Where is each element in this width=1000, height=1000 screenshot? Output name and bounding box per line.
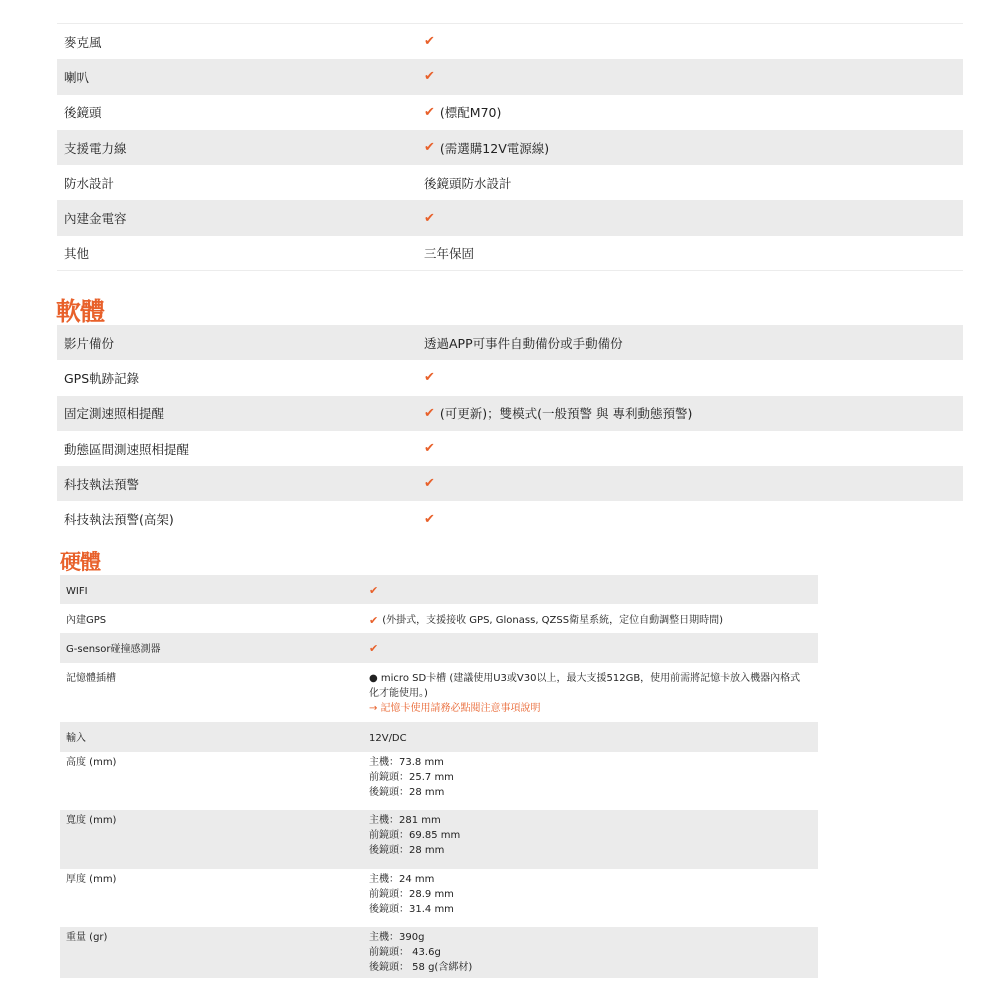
memory-card-notice-link[interactable]: → 記憶卡使用請務必點閱注意事項說明: [369, 701, 808, 716]
dimension-front-camera: 前鏡頭：69.85 mm: [369, 828, 808, 843]
dimension-rear-camera: 後鏡頭：28 mm: [369, 843, 808, 858]
spec-value: 三年保固: [424, 244, 963, 262]
spec-note: (可更新)；雙模式(一般預警 與 專利動態預警): [440, 404, 692, 422]
check-icon: ✔: [424, 371, 435, 384]
spec-label: 影片備份: [57, 334, 424, 352]
spec-label: 內建GPS: [60, 613, 369, 628]
spec-row-g-sensor: G-sensor碰撞感測器 ✔: [60, 633, 818, 663]
spec-row-microphone: 麥克風 ✔: [57, 24, 963, 59]
spec-label: 後鏡頭: [57, 103, 424, 121]
spec-row-input: 輸入 12V/DC: [60, 722, 818, 752]
spec-row-memory-slot: 記憶體插槽 ● micro SD卡槽 (建議使用U3或V30以上，最大支援512…: [60, 663, 818, 722]
check-icon: ✔: [424, 442, 435, 455]
check-icon: ✔: [369, 584, 378, 597]
spec-label: 支援電力線: [57, 139, 424, 157]
spec-row-power-cable: 支援電力線 ✔ (需選購12V電源線): [57, 130, 963, 165]
spec-row-gps-track: GPS軌跡記錄 ✔: [57, 360, 963, 395]
spec-note: (需選購12V電源線): [440, 139, 549, 157]
spec-value: ✔: [424, 371, 963, 384]
spec-label: 動態區間測速照相提醒: [57, 440, 424, 458]
spec-row-tech-enforcement-elevated: 科技執法預警(高架) ✔: [57, 501, 963, 536]
spec-label: 麥克風: [57, 33, 424, 51]
check-icon: ✔: [424, 141, 435, 154]
spec-row-thickness: 厚度 (mm) 主機：24 mm 前鏡頭：28.9 mm 後鏡頭：31.4 mm: [60, 869, 818, 927]
check-icon: ✔: [424, 70, 435, 83]
dimension-front-camera: 前鏡頭：25.7 mm: [369, 770, 808, 785]
check-icon: ✔: [369, 615, 378, 626]
spec-value: ✔ (外掛式，支援接收 GPS, Glonass, QZSS衛星系統，定位自動調…: [369, 613, 818, 628]
spec-label: 高度 (mm): [60, 755, 369, 770]
spec-row-other: 其他 三年保固: [57, 236, 963, 271]
dimension-main: 主機：24 mm: [369, 872, 808, 887]
spec-label: G-sensor碰撞感測器: [60, 642, 369, 657]
spec-value: ✔ (標配M70): [424, 103, 963, 121]
check-icon: ✔: [424, 35, 435, 48]
dimension-rear-camera: 後鏡頭：28 mm: [369, 785, 808, 800]
spec-label: 固定測速照相提醒: [57, 404, 424, 422]
spec-value: 後鏡頭防水設計: [424, 174, 963, 192]
spec-label: 內建金電容: [57, 209, 424, 227]
spec-value: 主機：73.8 mm 前鏡頭：25.7 mm 後鏡頭：28 mm: [369, 755, 818, 800]
check-icon: ✔: [424, 477, 435, 490]
spec-value: ✔: [424, 70, 963, 83]
section-title-software: 軟體: [56, 292, 104, 328]
spec-row-tech-enforcement: 科技執法預警 ✔: [57, 466, 963, 501]
section-title-hardware: 硬體: [60, 546, 100, 576]
spec-label: 其他: [57, 244, 424, 262]
spec-row-video-backup: 影片備份 透過APP可事件自動備份或手動備份: [57, 325, 963, 360]
weight-main: 主機：390g: [369, 930, 808, 945]
spec-label: GPS軌跡記錄: [57, 369, 424, 387]
spec-value: 主機：24 mm 前鏡頭：28.9 mm 後鏡頭：31.4 mm: [369, 872, 818, 917]
dimension-front-camera: 前鏡頭：28.9 mm: [369, 887, 808, 902]
weight-rear-camera: 後鏡頭： 58 g(含綁材): [369, 960, 808, 975]
check-icon: ✔: [369, 642, 378, 655]
spec-label: WIFI: [60, 584, 369, 599]
dimension-main: 主機：73.8 mm: [369, 755, 808, 770]
spec-row-wifi: WIFI ✔: [60, 575, 818, 604]
spec-value: ✔: [424, 35, 963, 48]
spec-value: 主機：281 mm 前鏡頭：69.85 mm 後鏡頭：28 mm: [369, 813, 818, 858]
dimension-main: 主機：281 mm: [369, 813, 808, 828]
spec-row-weight: 重量 (gr) 主機：390g 前鏡頭： 43.6g 後鏡頭： 58 g(含綁材…: [60, 927, 818, 978]
spec-note: (外掛式，支援接收 GPS, Glonass, QZSS衛星系統，定位自動調整日…: [382, 613, 723, 628]
general-spec-table: 麥克風 ✔ 喇叭 ✔ 後鏡頭 ✔ (標配M70) 支援電力線 ✔ (需選購12V…: [57, 23, 963, 271]
spec-value: ✔: [369, 584, 818, 599]
spec-value: ● micro SD卡槽 (建議使用U3或V30以上，最大支援512GB，使用前…: [369, 671, 818, 716]
spec-row-section-speed-camera: 動態區間測速照相提醒 ✔: [57, 431, 963, 466]
spec-label: 喇叭: [57, 68, 424, 86]
spec-row-supercapacitor: 內建金電容 ✔: [57, 200, 963, 235]
spec-value: ✔: [424, 442, 963, 455]
spec-value: 主機：390g 前鏡頭： 43.6g 後鏡頭： 58 g(含綁材): [369, 930, 818, 975]
spec-row-speaker: 喇叭 ✔: [57, 59, 963, 94]
spec-value: ✔: [369, 642, 818, 657]
check-icon: ✔: [424, 106, 435, 119]
spec-value: ✔: [424, 513, 963, 526]
spec-value: ✔ (可更新)；雙模式(一般預警 與 專利動態預警): [424, 404, 963, 422]
spec-label: 科技執法預警: [57, 475, 424, 493]
spec-value: ✔ (需選購12V電源線): [424, 139, 963, 157]
spec-value: 透過APP可事件自動備份或手動備份: [424, 334, 963, 352]
spec-label: 寬度 (mm): [60, 813, 369, 828]
spec-row-height: 高度 (mm) 主機：73.8 mm 前鏡頭：25.7 mm 後鏡頭：28 mm: [60, 752, 818, 810]
check-icon: ✔: [424, 513, 435, 526]
spec-label: 厚度 (mm): [60, 872, 369, 887]
software-spec-table: 影片備份 透過APP可事件自動備份或手動備份 GPS軌跡記錄 ✔ 固定測速照相提…: [57, 325, 963, 537]
spec-label: 重量 (gr): [60, 930, 369, 945]
spec-value: ✔: [424, 477, 963, 490]
dimension-rear-camera: 後鏡頭：31.4 mm: [369, 902, 808, 917]
spec-row-rear-camera: 後鏡頭 ✔ (標配M70): [57, 95, 963, 130]
check-icon: ✔: [424, 407, 435, 420]
spec-label: 輸入: [60, 731, 369, 746]
spec-row-gps: 內建GPS ✔ (外掛式，支援接收 GPS, Glonass, QZSS衛星系統…: [60, 604, 818, 633]
spec-label: 記憶體插槽: [60, 671, 369, 686]
spec-note: (標配M70): [440, 103, 501, 121]
spec-value: 12V/DC: [369, 731, 818, 746]
spec-label: 科技執法預警(高架): [57, 510, 424, 528]
spec-row-waterproof: 防水設計 後鏡頭防水設計: [57, 165, 963, 200]
spec-row-fixed-speed-camera: 固定測速照相提醒 ✔ (可更新)；雙模式(一般預警 與 專利動態預警): [57, 396, 963, 431]
hardware-spec-table: WIFI ✔ 內建GPS ✔ (外掛式，支援接收 GPS, Glonass, Q…: [60, 575, 818, 978]
memory-slot-description: ● micro SD卡槽 (建議使用U3或V30以上，最大支援512GB，使用前…: [369, 673, 800, 699]
check-icon: ✔: [424, 212, 435, 225]
spec-row-width: 寬度 (mm) 主機：281 mm 前鏡頭：69.85 mm 後鏡頭：28 mm: [60, 810, 818, 869]
spec-value: ✔: [424, 212, 963, 225]
spec-label: 防水設計: [57, 174, 424, 192]
weight-front-camera: 前鏡頭： 43.6g: [369, 945, 808, 960]
